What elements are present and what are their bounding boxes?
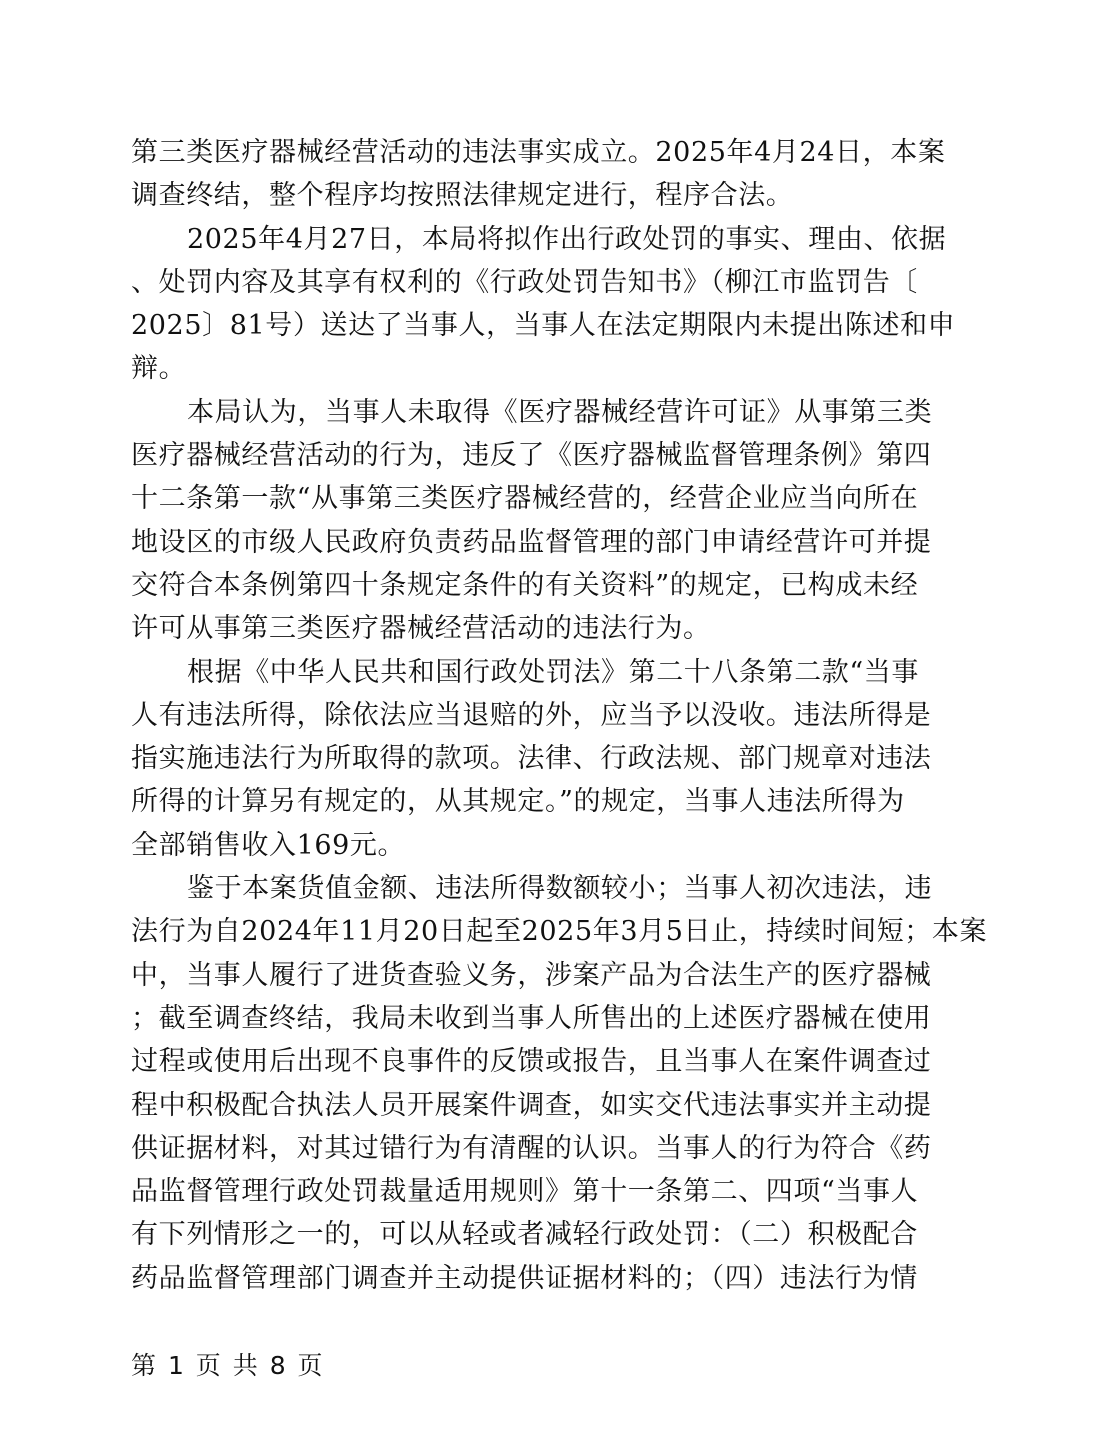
text-line: 所得的计算另有规定的，从其规定。”的规定，当事人违法所得为 [131,780,971,823]
text-line: 有下列情形之一的，可以从轻或者减轻行政处罚：（二）积极配合 [131,1213,971,1256]
text-line: 过程或使用后出现不良事件的反馈或报告，且当事人在案件调查过 [131,1040,971,1083]
text-line: 法行为自2024年11月20日起至2025年3月5日止，持续时间短；本案 [131,910,971,953]
text-line: 调查终结，整个程序均按照法律规定进行，程序合法。 [131,174,971,217]
text-line: 品监督管理行政处罚裁量适用规则》第十一条第二、四项“当事人 [131,1170,971,1213]
text-line: 供证据材料，对其过错行为有清醒的认识。当事人的行为符合《药 [131,1127,971,1170]
text-line: 地设区的市级人民政府负责药品监督管理的部门申请经营许可并提 [131,521,971,564]
text-line: 鉴于本案货值金额、违法所得数额较小；当事人初次违法，违 [131,867,971,910]
text-line: ；截至调查终结，我局未收到当事人所售出的上述医疗器械在使用 [131,997,971,1040]
text-line: 医疗器械经营活动的行为，违反了《医疗器械监督管理条例》第四 [131,434,971,477]
document-page: 第三类医疗器械经营活动的违法事实成立。2025年4月24日，本案调查终结，整个程… [0,0,1105,1430]
text-line: 交符合本条例第四十条规定条件的有关资料”的规定，已构成未经 [131,564,971,607]
text-line: 指实施违法行为所取得的款项。法律、行政法规、部门规章对违法 [131,737,971,780]
text-line: 第三类医疗器械经营活动的违法事实成立。2025年4月24日，本案 [131,131,971,174]
text-line: 药品监督管理部门调查并主动提供证据材料的；（四）违法行为情 [131,1257,971,1300]
document-body: 第三类医疗器械经营活动的违法事实成立。2025年4月24日，本案调查终结，整个程… [131,131,971,1300]
text-line: 本局认为，当事人未取得《医疗器械经营许可证》从事第三类 [131,391,971,434]
text-line: 根据《中华人民共和国行政处罚法》第二十八条第二款“当事 [131,651,971,694]
text-line: 十二条第一款“从事第三类医疗器械经营的，经营企业应当向所在 [131,477,971,520]
text-line: 2025〕81号）送达了当事人，当事人在法定期限内未提出陈述和申 [131,304,971,347]
text-line: 全部销售收入169元。 [131,824,971,867]
text-line: 、处罚内容及其享有权利的《行政处罚告知书》（柳江市监罚告〔 [131,261,971,304]
text-line: 人有违法所得，除依法应当退赔的外，应当予以没收。违法所得是 [131,694,971,737]
page-number-footer: 第 1 页 共 8 页 [131,1346,325,1382]
text-line: 许可从事第三类医疗器械经营活动的违法行为。 [131,607,971,650]
text-line: 中，当事人履行了进货查验义务，涉案产品为合法生产的医疗器械 [131,954,971,997]
text-line: 程中积极配合执法人员开展案件调查，如实交代违法事实并主动提 [131,1084,971,1127]
text-line: 辩。 [131,347,971,390]
text-line: 2025年4月27日，本局将拟作出行政处罚的事实、理由、依据 [131,218,971,261]
